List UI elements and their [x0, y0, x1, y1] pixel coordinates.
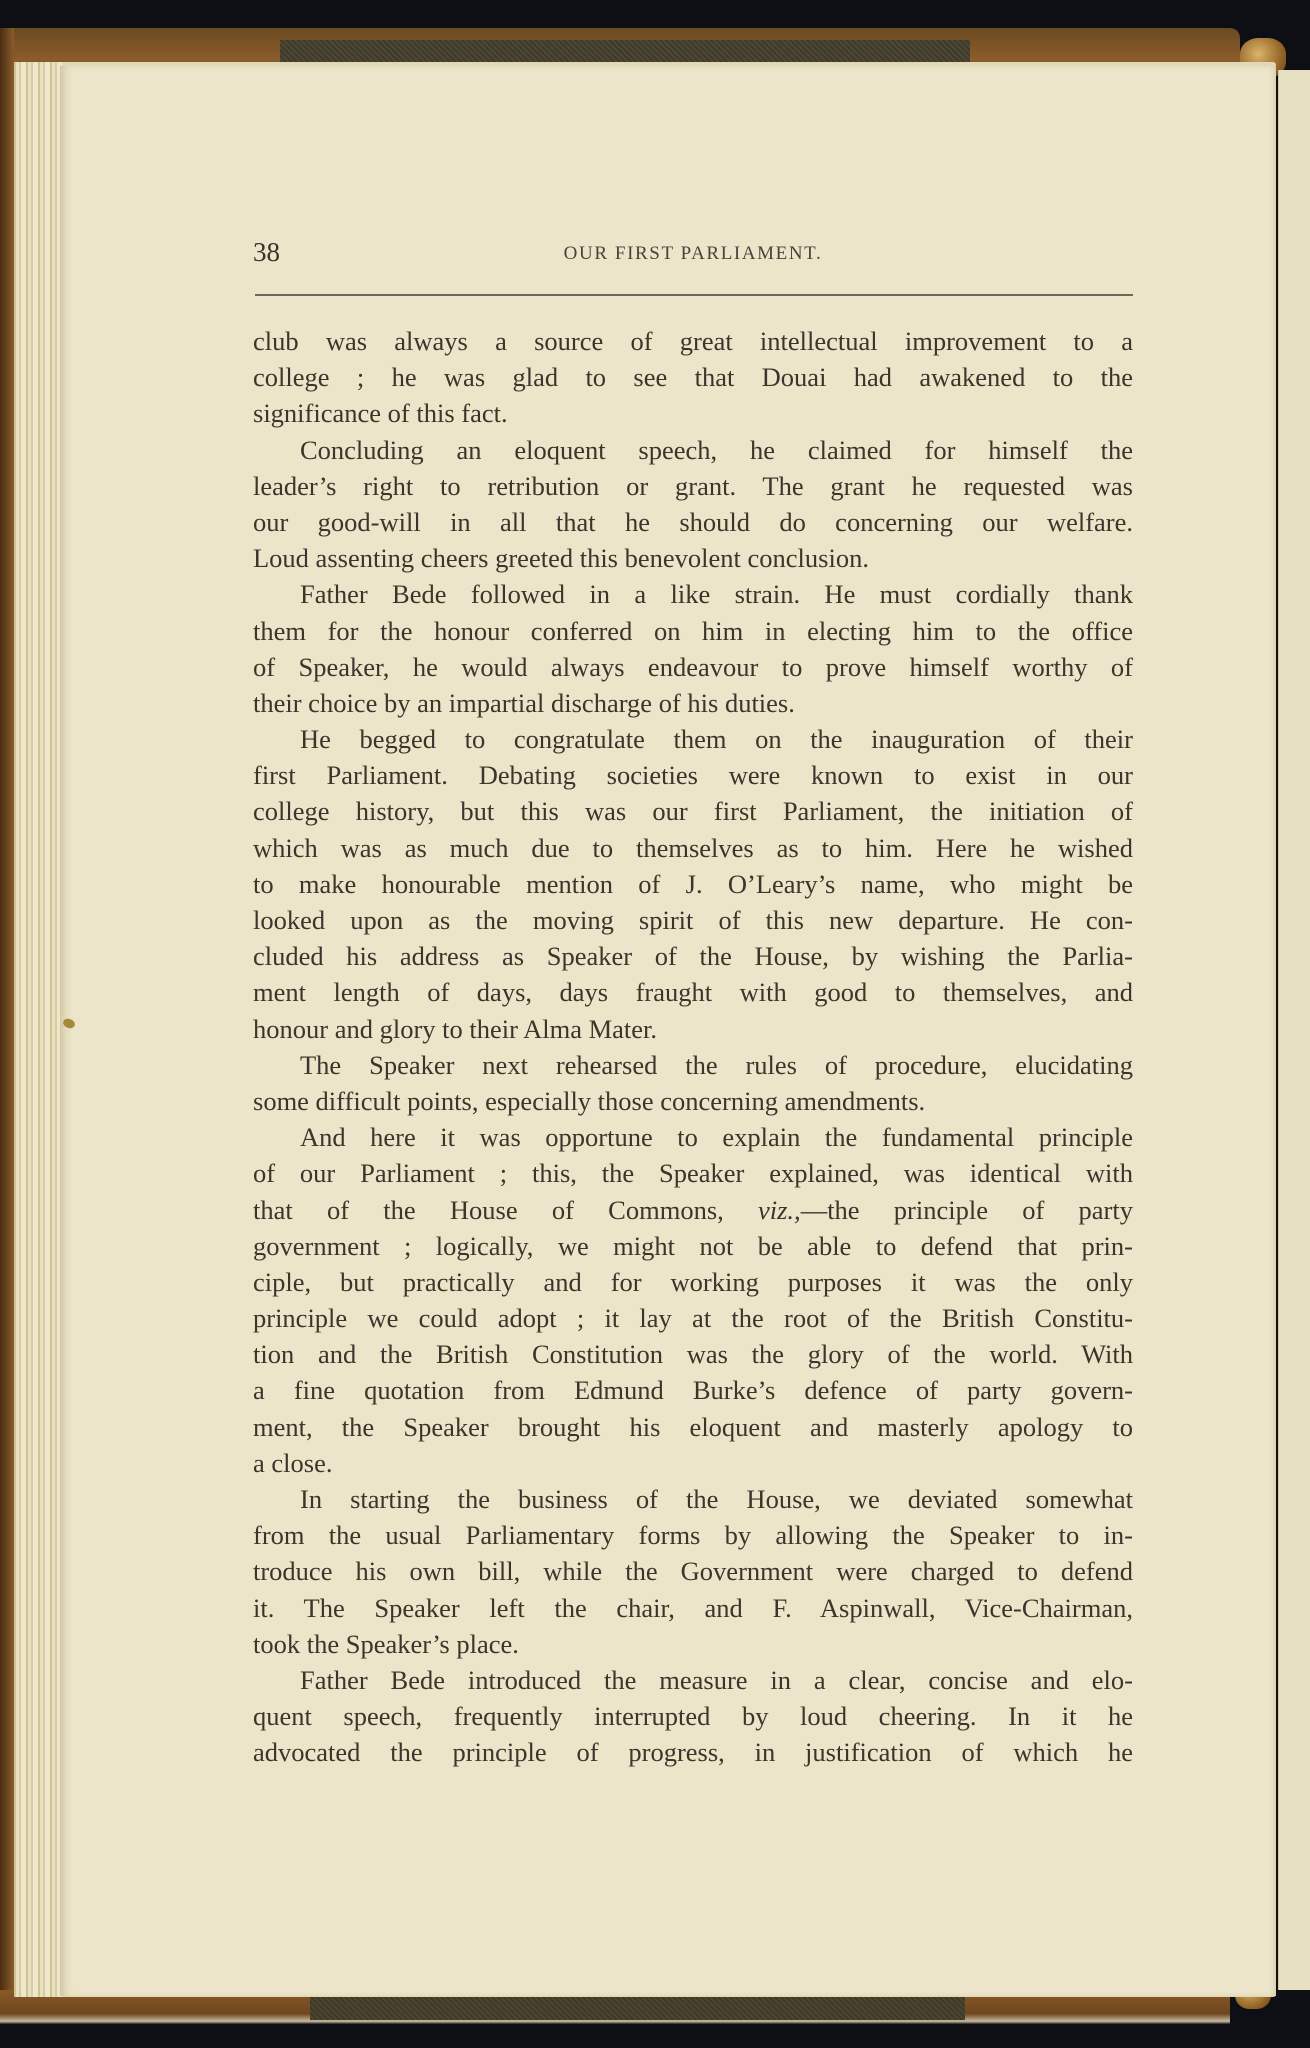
text-line: He begged to congratulate them on the in… [253, 721, 1133, 757]
page-edges [14, 62, 62, 1997]
text-line: troduce his own bill, while the Governme… [253, 1553, 1133, 1589]
header-rule [255, 294, 1133, 296]
book-cover-left [0, 28, 14, 2013]
text-line: it. The Speaker left the chair, and F. A… [253, 1590, 1133, 1626]
text-line: leader’s right to retribution or grant. … [253, 468, 1133, 504]
text-line: ment length of days, days fraught with g… [253, 974, 1133, 1010]
text-line: to make honourable mention of J. O’Leary… [253, 866, 1133, 902]
text-line: a close. [253, 1445, 1133, 1481]
text-line: took the Speaker’s place. [253, 1626, 1133, 1662]
text-line: tion and the British Constitution was th… [253, 1336, 1133, 1372]
text-line: first Parliament. Debating societies wer… [253, 757, 1133, 793]
body-text: club was always a source of great intell… [253, 323, 1133, 1771]
text-line: looked upon as the moving spirit of this… [253, 902, 1133, 938]
text-line: them for the honour conferred on him in … [253, 613, 1133, 649]
text-line: ment, the Speaker brought his eloquent a… [253, 1409, 1133, 1445]
text-line: government ; logically, we might not be … [253, 1228, 1133, 1264]
text-line: Father Bede introduced the measure in a … [253, 1662, 1133, 1698]
text-line: a fine quotation from Edmund Burke’s def… [253, 1372, 1133, 1408]
text-line: quent speech, frequently interrupted by … [253, 1698, 1133, 1734]
text-line: of our Parliament ; this, the Speaker ex… [253, 1155, 1133, 1191]
text-line: And here it was opportune to explain the… [253, 1119, 1133, 1155]
text-line: cluded his address as Speaker of the Hou… [253, 938, 1133, 974]
text-line: significance of this fact. [253, 395, 1133, 431]
italic-phrase: viz., [758, 1195, 801, 1225]
text-line: some difficult points, especially those … [253, 1083, 1133, 1119]
running-title: OUR FIRST PARLIAMENT. [253, 234, 1133, 274]
text-line: their choice by an impartial discharge o… [253, 685, 1133, 721]
text-line: college ; he was glad to see that Douai … [253, 359, 1133, 395]
next-page-edge [1278, 70, 1310, 1990]
text-line: Concluding an eloquent speech, he claime… [253, 432, 1133, 468]
text-line: which was as much due to themselves as t… [253, 830, 1133, 866]
text-line: The Speaker next rehearsed the rules of … [253, 1047, 1133, 1083]
text-line: Father Bede followed in a like strain. H… [253, 576, 1133, 612]
text-line: our good-will in all that he should do c… [253, 504, 1133, 540]
running-head: 38 OUR FIRST PARLIAMENT. [253, 232, 1133, 272]
text-line: advocated the principle of progress, in … [253, 1734, 1133, 1770]
text-line: principle we could adopt ; it lay at the… [253, 1300, 1133, 1336]
text-line: In starting the business of the House, w… [253, 1481, 1133, 1517]
text-line: college history, but this was our first … [253, 793, 1133, 829]
text-line: ciple, but practically and for working p… [253, 1264, 1133, 1300]
text-line: of Speaker, he would always endeavour to… [253, 649, 1133, 685]
text-line: Loud assenting cheers greeted this benev… [253, 540, 1133, 576]
text-line: club was always a source of great intell… [253, 323, 1133, 359]
text-line: from the usual Parliamentary forms by al… [253, 1517, 1133, 1553]
text-line: that of the House of Commons, viz.,—the … [253, 1192, 1133, 1228]
text-line: honour and glory to their Alma Mater. [253, 1011, 1133, 1047]
